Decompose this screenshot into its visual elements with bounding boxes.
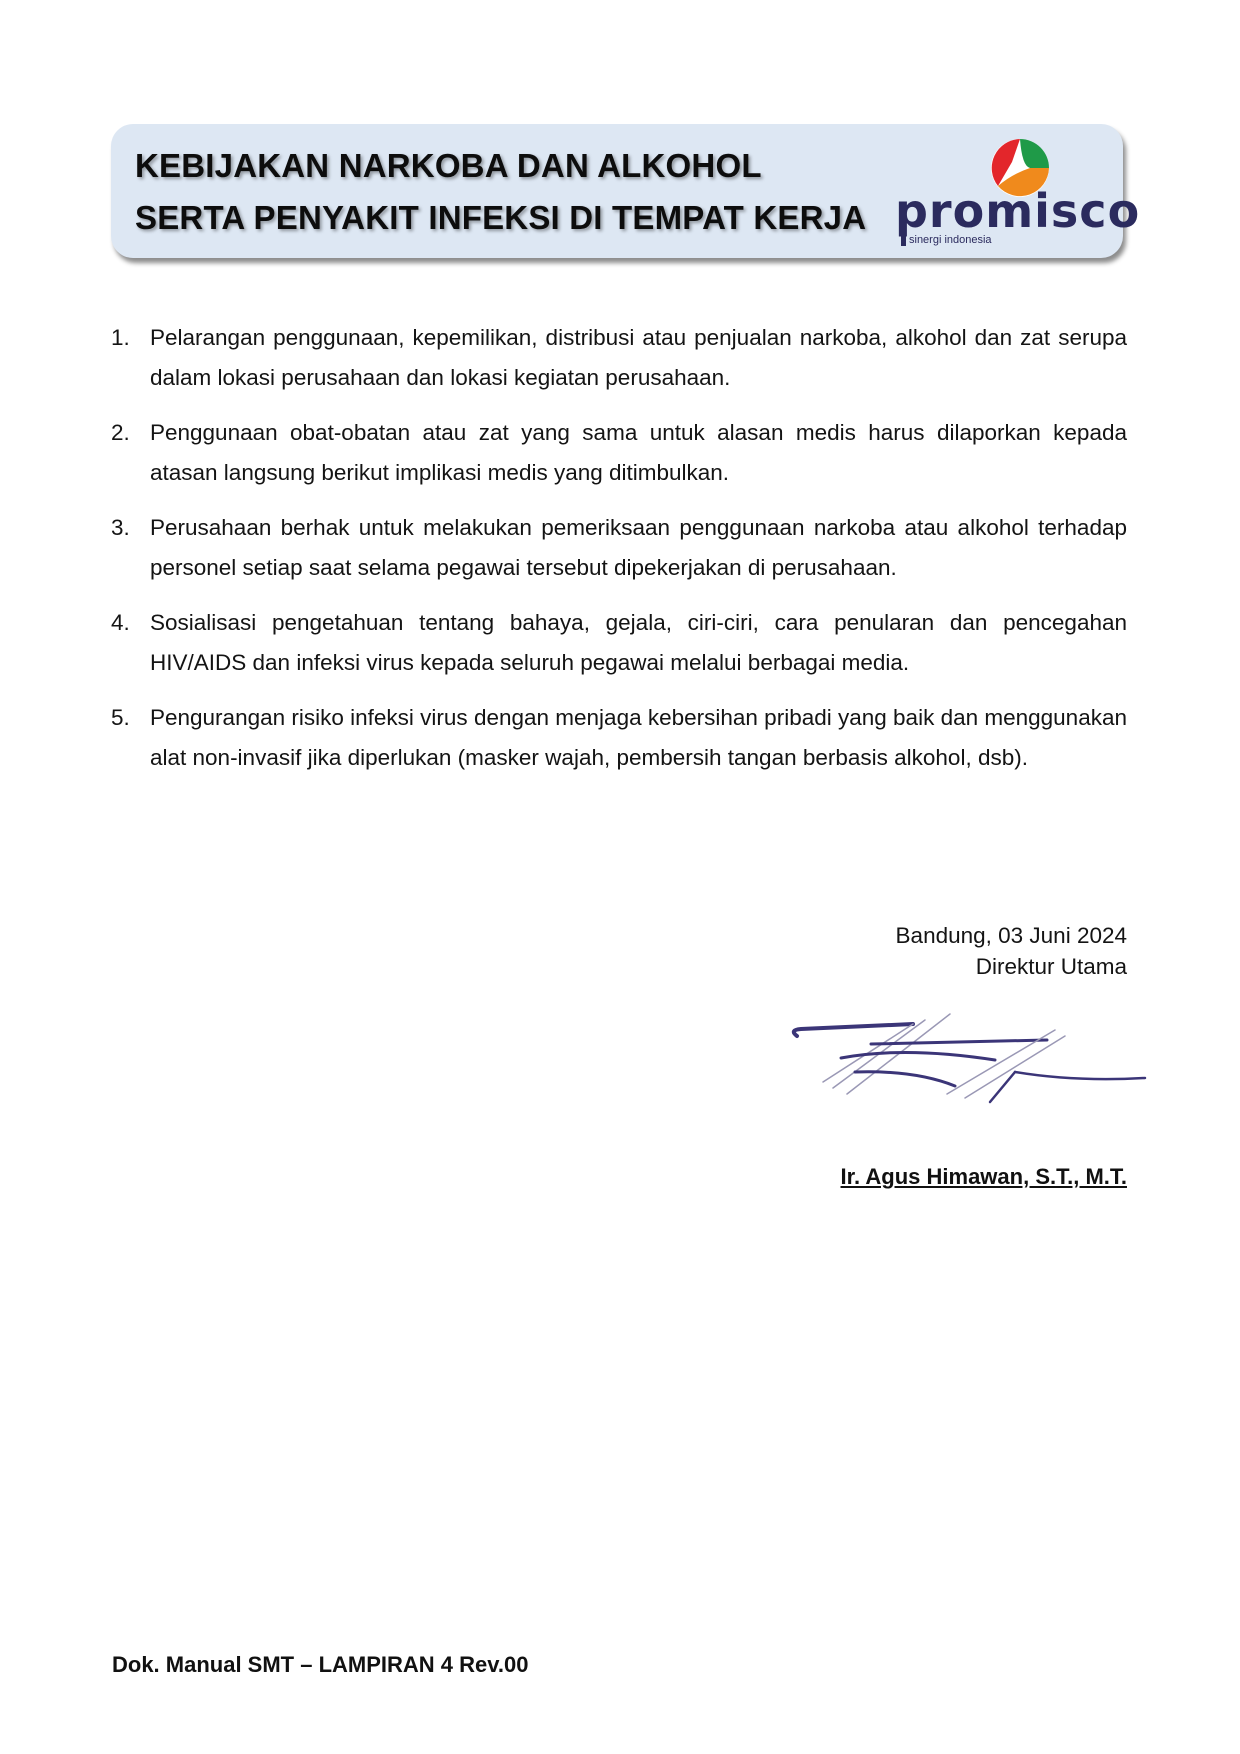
place-date: Bandung, 03 Juni 2024 bbox=[896, 920, 1127, 951]
document-title: KEBIJAKAN NARKOBA DAN ALKOHOL SERTA PENY… bbox=[135, 140, 866, 244]
signer-name: Ir. Agus Himawan, S.T., M.T. bbox=[841, 1164, 1127, 1190]
handwritten-signature-icon bbox=[785, 1010, 1155, 1120]
policy-number: 3. bbox=[111, 508, 130, 548]
logo-tagline: sinergi indonesia bbox=[901, 234, 992, 246]
document-reference: Dok. Manual SMT – LAMPIRAN 4 Rev.00 bbox=[112, 1652, 528, 1678]
signer-position: Direktur Utama bbox=[896, 951, 1127, 982]
policy-text: Perusahaan berhak untuk melakukan pemeri… bbox=[150, 515, 1127, 580]
policy-list: 1. Pelarangan penggunaan, kepemilikan, d… bbox=[111, 318, 1127, 793]
policy-item: 2. Penggunaan obat-obatan atau zat yang … bbox=[111, 413, 1127, 493]
company-logo: promisco sinergi indonesia bbox=[891, 138, 1111, 248]
signature-block: Bandung, 03 Juni 2024 Direktur Utama bbox=[896, 920, 1127, 982]
policy-text: Pengurangan risiko infeksi virus dengan … bbox=[150, 705, 1127, 770]
title-line-2: SERTA PENYAKIT INFEKSI DI TEMPAT KERJA bbox=[135, 199, 866, 236]
policy-item: 1. Pelarangan penggunaan, kepemilikan, d… bbox=[111, 318, 1127, 398]
policy-number: 1. bbox=[111, 318, 130, 358]
policy-item: 4. Sosialisasi pengetahuan tentang bahay… bbox=[111, 603, 1127, 683]
title-line-1: KEBIJAKAN NARKOBA DAN ALKOHOL bbox=[135, 147, 762, 184]
logo-wordmark: promisco bbox=[895, 184, 1140, 238]
policy-number: 4. bbox=[111, 603, 130, 643]
policy-number: 5. bbox=[111, 698, 130, 738]
policy-text: Penggunaan obat-obatan atau zat yang sam… bbox=[150, 420, 1127, 485]
policy-text: Pelarangan penggunaan, kepemilikan, dist… bbox=[150, 325, 1127, 390]
policy-text: Sosialisasi pengetahuan tentang bahaya, … bbox=[150, 610, 1127, 675]
header-box: KEBIJAKAN NARKOBA DAN ALKOHOL SERTA PENY… bbox=[111, 124, 1123, 258]
policy-item: 5. Pengurangan risiko infeksi virus deng… bbox=[111, 698, 1127, 778]
policy-item: 3. Perusahaan berhak untuk melakukan pem… bbox=[111, 508, 1127, 588]
policy-number: 2. bbox=[111, 413, 130, 453]
